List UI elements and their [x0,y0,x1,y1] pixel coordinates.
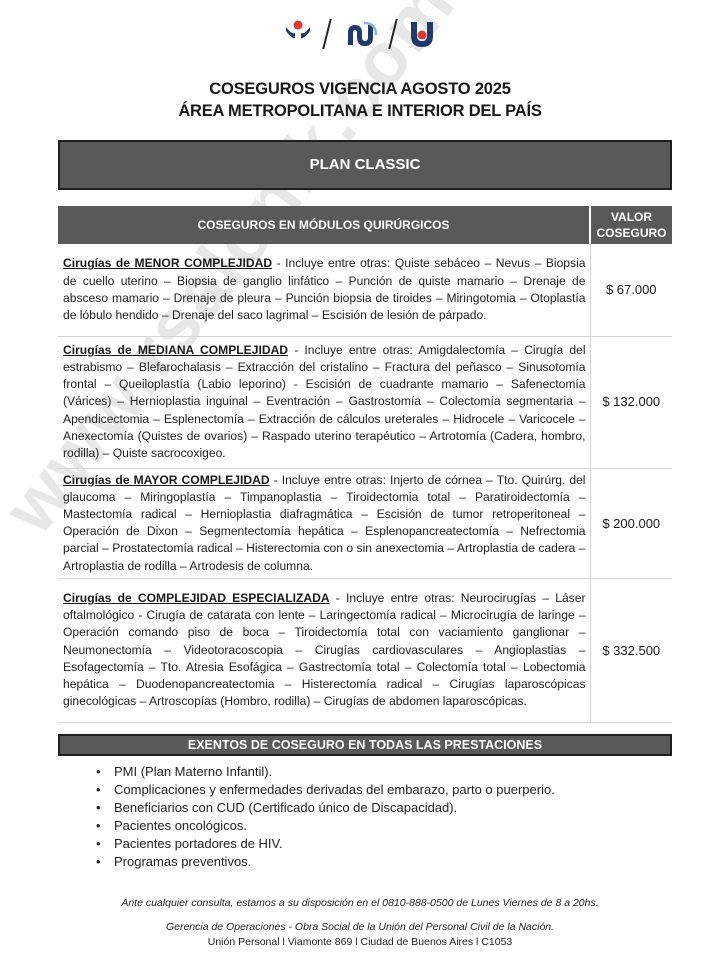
coseguro-value: $ 200.000 [590,468,672,578]
category-label: Cirugías de COMPLEJIDAD ESPECIALIZADA [63,591,330,605]
table-header-row: COSEGUROS EN MÓDULOS QUIRÚRGICOS VALOR C… [58,206,672,244]
column-header-valor-line2: COSEGURO [593,225,670,241]
coseguros-table: COSEGUROS EN MÓDULOS QUIRÚRGICOS VALOR C… [58,206,672,723]
column-header-modulos: COSEGUROS EN MÓDULOS QUIRÚRGICOS [58,206,590,244]
union-personal-figure-logo [284,19,312,49]
list-item: Beneficiarios con CUD (Certificado único… [96,799,555,817]
exentos-header: EXENTOS DE COSEGURO EN TODAS LAS PRESTAC… [58,734,672,756]
list-item: Complicaciones y enfermedades derivadas … [96,781,555,799]
table-row: Cirugías de MEDIANA COMPLEJIDAD - Incluy… [58,336,672,468]
procedures-text: - Incluye entre otras: Amigdalectomía – … [63,343,586,460]
category-label: Cirugías de MAYOR COMPLEJIDAD [63,473,270,487]
row-description: Cirugías de MEDIANA COMPLEJIDAD - Incluy… [58,336,590,468]
row-description: Cirugías de MENOR COMPLEJIDAD - Incluye … [58,244,590,336]
logo-divider [322,19,331,49]
list-item: Programas preventivos. [96,853,555,871]
title-line-2: ÁREA METROPOLITANA E INTERIOR DEL PAÍS [0,100,720,122]
coseguro-value: $ 332.500 [590,578,672,722]
column-header-valor: VALOR COSEGURO [590,206,672,244]
title-line-1: COSEGUROS VIGENCIA AGOSTO 2025 [0,78,720,100]
contact-note: Ante cualquier consulta, estamos a su di… [0,897,720,909]
coseguro-value: $ 132.000 [590,336,672,468]
column-header-valor-line1: VALOR [593,209,670,225]
logo-row [0,14,720,54]
row-description: Cirugías de MAYOR COMPLEJIDAD - Incluye … [58,468,590,578]
document-title: COSEGUROS VIGENCIA AGOSTO 2025 ÁREA METR… [0,78,720,122]
union-personal-u-logo [408,19,436,49]
list-item: Pacientes oncológicos. [96,817,555,835]
procedures-text: - Incluye entre otras: Neurocirugías – L… [63,591,586,708]
list-item: Pacientes portadores de HIV. [96,835,555,853]
logo-divider [388,19,397,49]
table-row: Cirugías de MENOR COMPLEJIDAD - Incluye … [58,244,672,336]
row-description: Cirugías de COMPLEJIDAD ESPECIALIZADA - … [58,578,590,722]
organization-line: Gerencia de Operaciones - Obra Social de… [0,921,720,933]
union-personal-wave-logo [342,19,378,49]
plan-name-bar: PLAN CLASSIC [58,140,672,190]
procedures-text: - Incluye entre otras: Injerto de córnea… [63,473,586,573]
category-label: Cirugías de MENOR COMPLEJIDAD [63,256,272,270]
exentos-list: PMI (Plan Materno Infantil). Complicacio… [96,763,555,871]
table-row: Cirugías de COMPLEJIDAD ESPECIALIZADA - … [58,578,672,722]
table-row: Cirugías de MAYOR COMPLEJIDAD - Incluye … [58,468,672,578]
coseguro-value: $ 67.000 [590,244,672,336]
address-line: Unión Personal l Viamonte 869 l Ciudad d… [0,936,720,948]
category-label: Cirugías de MEDIANA COMPLEJIDAD [63,343,288,357]
list-item: PMI (Plan Materno Infantil). [96,763,555,781]
